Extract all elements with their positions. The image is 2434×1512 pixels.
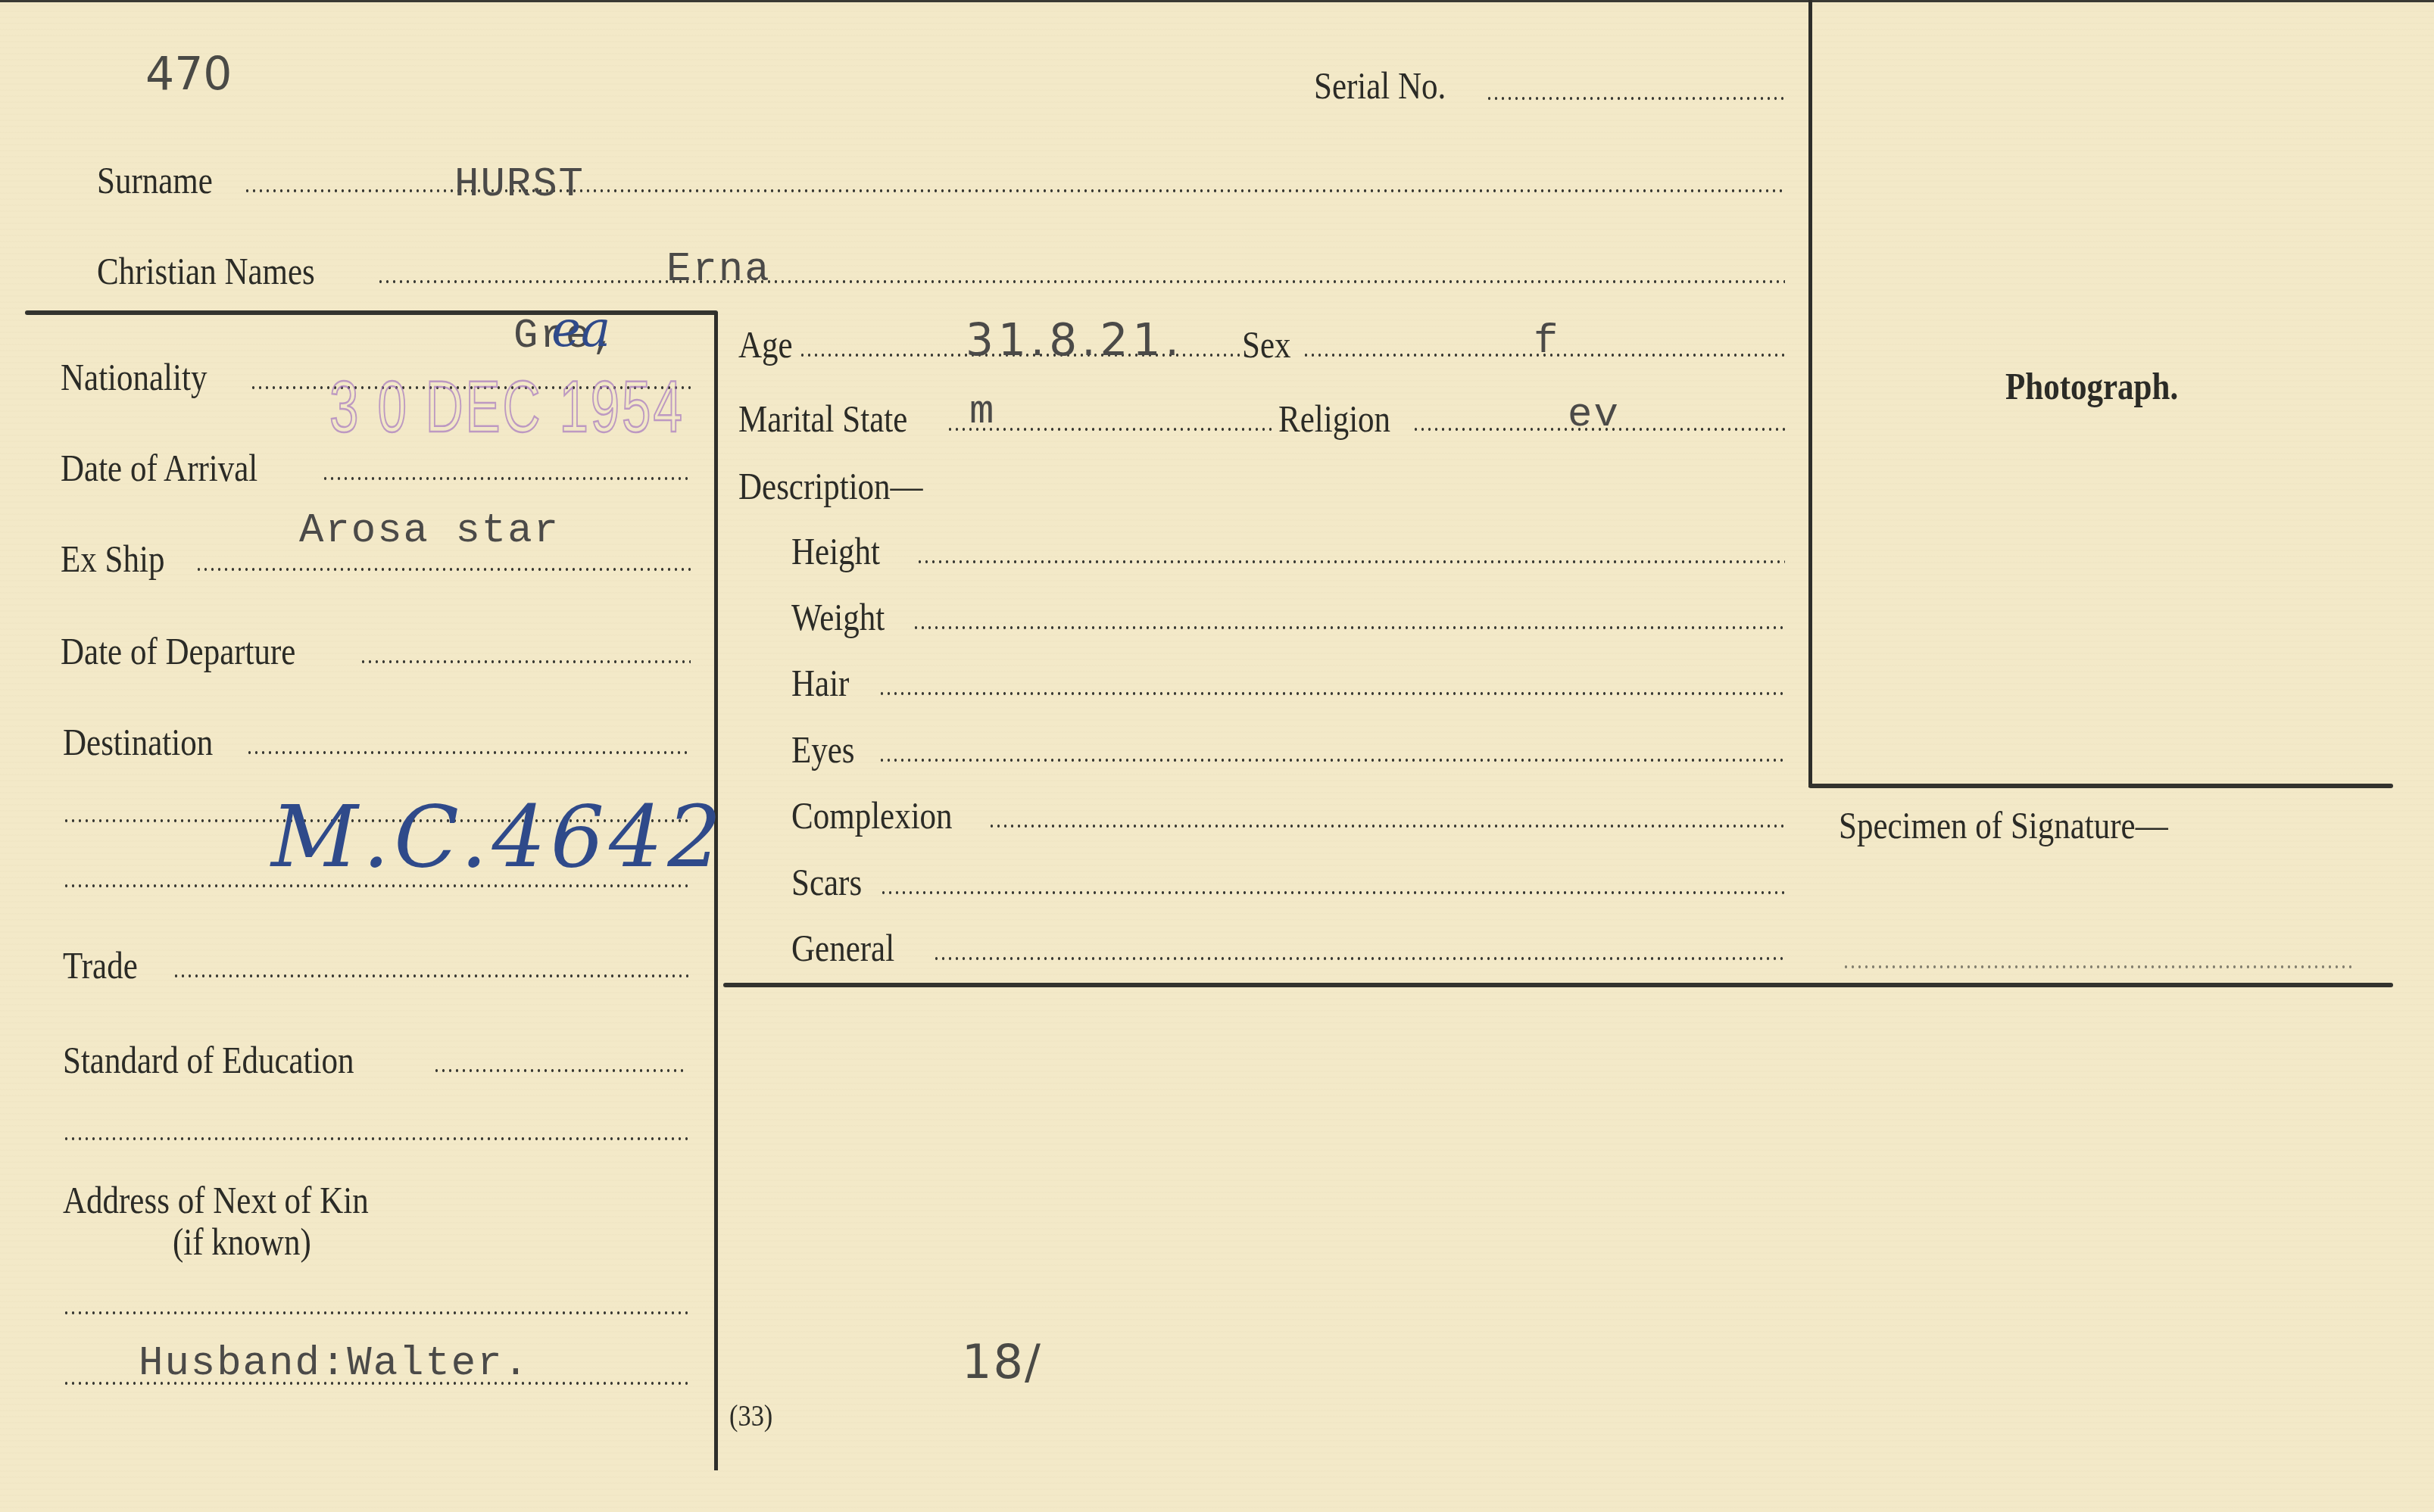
description-bottom-rule xyxy=(723,983,2393,987)
nationality-label: Nationality xyxy=(61,358,207,396)
nationality-handwritten-correction: ea xyxy=(551,304,610,354)
general-dotted-line[interactable] xyxy=(933,957,1785,960)
religion-value: ev xyxy=(1568,395,1620,436)
marital-state-dotted-line[interactable] xyxy=(947,428,1276,431)
next-of-kin-dotted-line[interactable] xyxy=(63,1311,691,1314)
height-label: Height xyxy=(791,532,880,570)
hair-dotted-line[interactable] xyxy=(878,692,1785,695)
scars-dotted-line[interactable] xyxy=(880,891,1785,894)
marital-state-value: m xyxy=(969,392,995,433)
next-of-kin-sublabel: (if known) xyxy=(173,1223,311,1261)
ex-ship-label: Ex Ship xyxy=(61,540,164,578)
serial-no-dotted-line[interactable] xyxy=(1486,97,1785,100)
signature-dotted-line[interactable] xyxy=(1843,965,2351,968)
age-label: Age xyxy=(738,326,793,363)
complexion-dotted-line[interactable] xyxy=(988,825,1785,828)
next-of-kin-label: Address of Next of Kin xyxy=(63,1181,369,1219)
general-label: General xyxy=(791,929,894,967)
height-dotted-line[interactable] xyxy=(916,560,1785,563)
destination-dotted-line-3[interactable] xyxy=(63,884,691,887)
hair-label: Hair xyxy=(791,664,849,702)
serial-no-label: Serial No. xyxy=(1314,67,1446,104)
complexion-label: Complexion xyxy=(791,797,953,834)
next-of-kin-value: Husband:Walter. xyxy=(139,1344,529,1385)
signature-label: Specimen of Signature— xyxy=(1839,806,2168,844)
surname-value: HURST xyxy=(454,165,585,206)
card-number: 470 xyxy=(145,51,232,97)
description-heading: Description— xyxy=(738,467,923,505)
next-of-kin-dotted-line-2[interactable] xyxy=(63,1382,691,1385)
christian-names-dotted-line[interactable] xyxy=(377,280,1785,283)
date-of-departure-dotted-line[interactable] xyxy=(360,660,691,663)
trade-label: Trade xyxy=(63,946,138,984)
photograph-box[interactable]: Photograph. xyxy=(1812,0,2395,784)
form-code: (33) xyxy=(729,1401,772,1431)
standard-of-education-dotted-line[interactable] xyxy=(433,1069,683,1072)
christian-names-value: Erna xyxy=(666,250,771,291)
arrival-date-stamp: 3 0 DEC 1954 xyxy=(329,371,685,444)
left-column-divider xyxy=(714,312,718,1470)
age-value: 31.8.21. xyxy=(966,318,1184,362)
christian-names-label: Christian Names xyxy=(97,252,315,290)
date-of-arrival-label: Date of Arrival xyxy=(61,449,257,487)
sex-value: f xyxy=(1534,322,1559,363)
standard-of-education-dotted-line-2[interactable] xyxy=(63,1137,691,1140)
standard-of-education-label: Standard of Education xyxy=(63,1041,354,1079)
marital-state-label: Marital State xyxy=(738,400,907,438)
eyes-label: Eyes xyxy=(791,731,855,768)
date-of-arrival-dotted-line[interactable] xyxy=(322,477,691,480)
ex-ship-value: Arosa star xyxy=(299,511,560,552)
sex-label: Sex xyxy=(1242,326,1291,363)
destination-dotted-line[interactable] xyxy=(246,751,691,754)
trade-dotted-line[interactable] xyxy=(173,974,691,977)
ex-ship-dotted-line[interactable] xyxy=(195,568,691,571)
surname-label: Surname xyxy=(97,161,213,199)
photograph-label: Photograph. xyxy=(2005,367,2178,405)
religion-label: Religion xyxy=(1278,400,1390,438)
weight-label: Weight xyxy=(791,598,885,636)
photo-box-bottom-rule xyxy=(1808,784,2393,788)
eyes-dotted-line[interactable] xyxy=(878,759,1785,762)
destination-label: Destination xyxy=(63,723,213,761)
date-of-departure-label: Date of Departure xyxy=(61,632,295,670)
weight-dotted-line[interactable] xyxy=(913,626,1785,629)
bottom-reference-number: 18/ xyxy=(962,1339,1042,1386)
scars-label: Scars xyxy=(791,863,862,901)
destination-handwritten-number: M.C.4642 xyxy=(271,795,726,880)
